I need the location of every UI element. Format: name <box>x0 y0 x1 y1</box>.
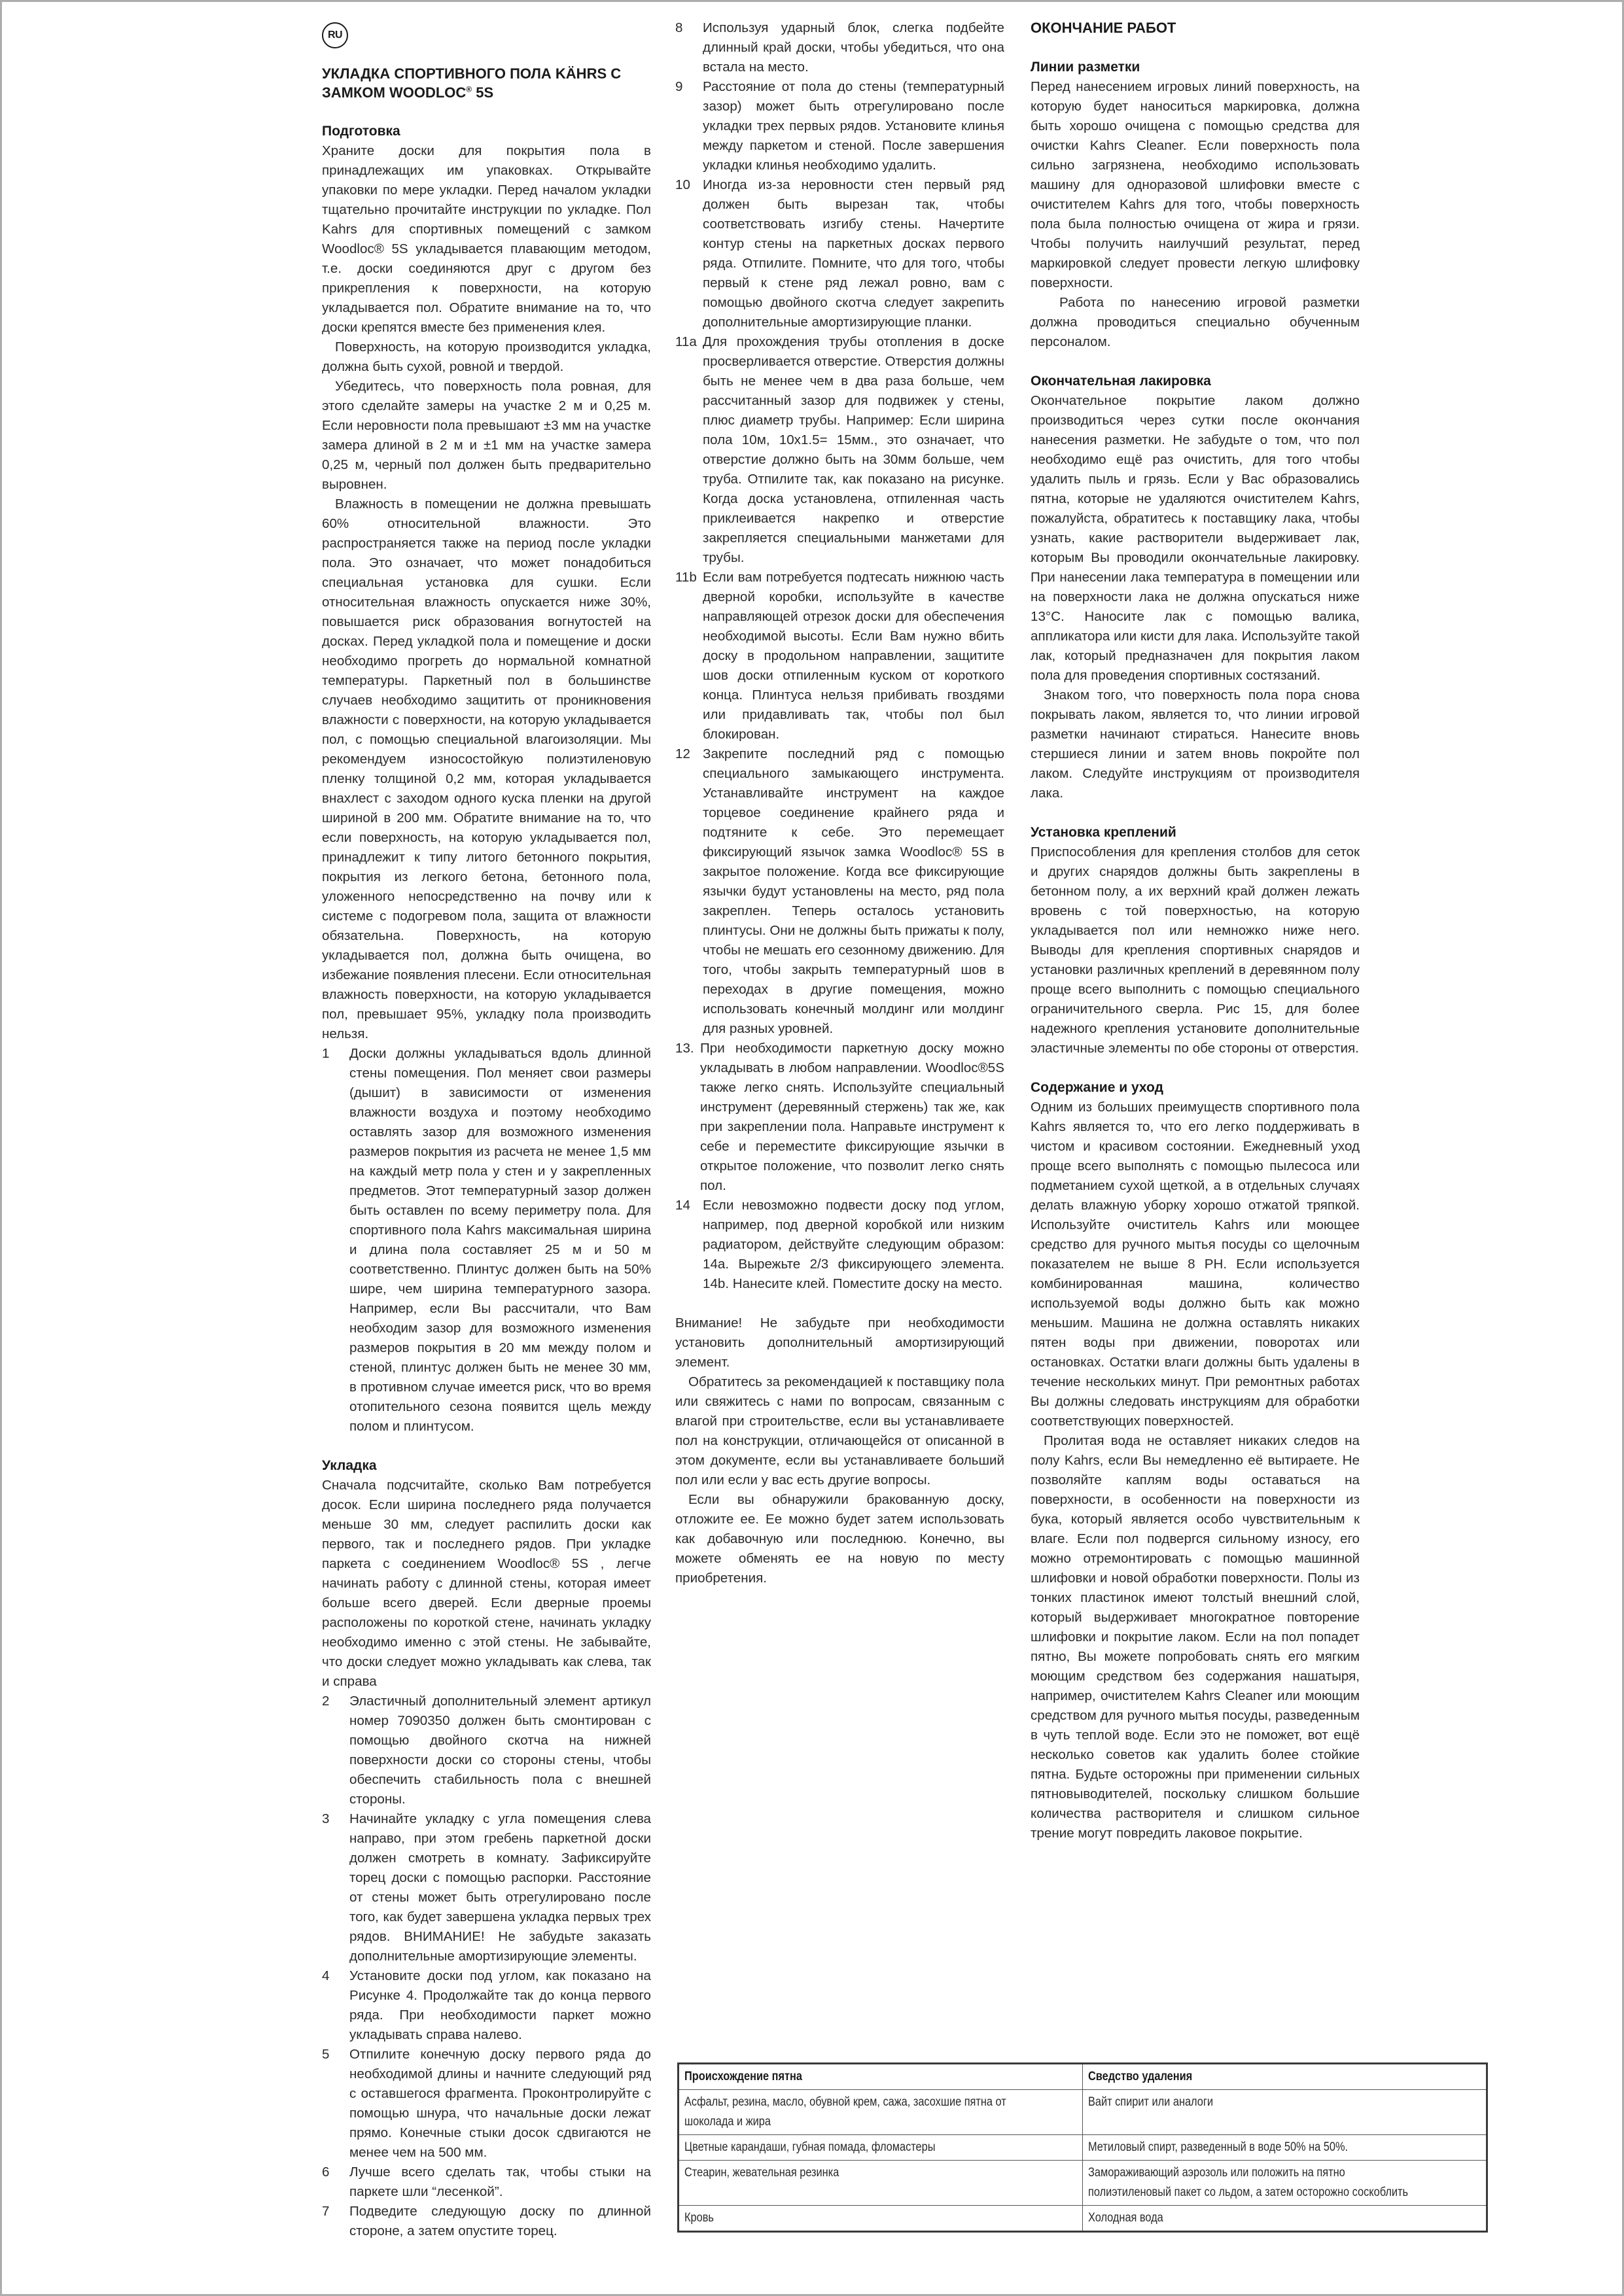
paragraph: Обратитесь за рекомендацией к поставщику… <box>675 1372 1004 1490</box>
section-heading-installation: Укладка <box>322 1456 651 1476</box>
document-title: УКЛАДКА СПОРТИВНОГО ПОЛА KÄHRS С ЗАМКОМ … <box>322 64 651 102</box>
table-cell: Кровь <box>679 2206 1083 2232</box>
paragraph: Сначала подсчитайте, сколько Вам потребу… <box>322 1476 651 1692</box>
list-number: 8 <box>675 18 703 77</box>
table-cell: Вайт спирит или аналоги <box>1083 2090 1487 2135</box>
list-number: 9 <box>675 77 703 175</box>
paragraph: Приспособления для крепления столбов для… <box>1031 843 1360 1058</box>
middle-column: 8 Используя ударный блок, слегка подбейт… <box>675 18 1004 1588</box>
list-text: Отпилите конечную доску первого ряда до … <box>349 2045 651 2163</box>
paragraph: Убедитесь, что поверхность пола ровная, … <box>322 377 651 495</box>
list-number: 2 <box>322 1692 349 1809</box>
list-item: 1 Доски должны укладываться вдоль длинно… <box>322 1044 651 1436</box>
list-text: Иногда из-за неровности стен первый ряд … <box>703 175 1004 332</box>
paragraph: Влажность в помещении не должна превышат… <box>322 495 651 1044</box>
warning-paragraph: Внимание! Не забудьте при необходимости … <box>675 1313 1004 1372</box>
table-row: Кровь Холодная вода <box>679 2206 1487 2232</box>
list-item: 13. При необходимости паркетную доску мо… <box>675 1039 1004 1196</box>
paragraph: Храните доски для покрытия пола в принад… <box>322 141 651 338</box>
list-item: 10 Иногда из-за неровности стен первый р… <box>675 175 1004 332</box>
section-heading-fixtures: Установка креплений <box>1031 823 1360 843</box>
list-number: 3 <box>322 1809 349 1966</box>
list-text: Расстояние от пола до стены (температурн… <box>703 77 1004 175</box>
paragraph: Одним из больших преимуществ спортивного… <box>1031 1098 1360 1431</box>
list-item: 3 Начинайте укладку с угла помещения сле… <box>322 1809 651 1966</box>
left-column: RU УКЛАДКА СПОРТИВНОГО ПОЛА KÄHRS С ЗАМК… <box>322 18 651 2241</box>
list-number: 5 <box>322 2045 349 2163</box>
paragraph: Если вы обнаружили бракованную доску, от… <box>675 1490 1004 1588</box>
list-item: 7 Подведите следующую доску по длинной с… <box>322 2202 651 2241</box>
table-cell: Цветные карандаши, губная помада, фломас… <box>679 2135 1083 2161</box>
table-row: Стеарин, жевательная резинка Замораживаю… <box>679 2161 1487 2206</box>
table-cell: Замораживающий аэрозоль или положить на … <box>1083 2161 1487 2206</box>
list-item: 12 Закрепите последний ряд с помощью спе… <box>675 744 1004 1039</box>
table-cell: Холодная вода <box>1083 2206 1487 2232</box>
column-header-removal-agent: Сведство удаления <box>1083 2064 1487 2090</box>
right-column: ОКОНЧАНИЕ РАБОТ Линии разметки Перед нан… <box>1031 18 1360 1843</box>
list-number: 12 <box>675 744 703 1039</box>
section-heading-lacquer: Окончательная лакировка <box>1031 372 1360 391</box>
list-text: Начинайте укладку с угла помещения слева… <box>349 1809 651 1966</box>
list-text: При необходимости паркетную доску можно … <box>700 1039 1004 1196</box>
list-text: Эластичный дополнительный элемент артику… <box>349 1692 651 1809</box>
list-number: 11a <box>675 332 703 568</box>
list-number: 13. <box>675 1039 700 1196</box>
list-text: Установите доски под углом, как показано… <box>349 1966 651 2045</box>
language-badge-icon: RU <box>322 22 348 48</box>
list-number: 11b <box>675 568 703 744</box>
section-heading-finish: ОКОНЧАНИЕ РАБОТ <box>1031 18 1360 38</box>
list-number: 6 <box>322 2163 349 2202</box>
list-item: 5 Отпилите конечную доску первого ряда д… <box>322 2045 651 2163</box>
list-item: 8 Используя ударный блок, слегка подбейт… <box>675 18 1004 77</box>
list-text: Подведите следующую доску по длинной сто… <box>349 2202 651 2241</box>
list-text: Для прохождения трубы отопления в доске … <box>703 332 1004 568</box>
list-item: 11b Если вам потребуется подтесать нижню… <box>675 568 1004 744</box>
paragraph: Знаком того, что поверхность пола пора с… <box>1031 686 1360 803</box>
list-item: 14 Если невозможно подвести доску под уг… <box>675 1196 1004 1294</box>
list-item: 11a Для прохождения трубы отопления в до… <box>675 332 1004 568</box>
list-text: Лучше всего сделать так, чтобы стыки на … <box>349 2163 651 2202</box>
paragraph: Окончательное покрытие лаком должно прои… <box>1031 391 1360 686</box>
table-row: Асфальт, резина, масло, обувной крем, са… <box>679 2090 1487 2135</box>
paragraph: Пролитая вода не оставляет никаких следо… <box>1031 1431 1360 1843</box>
column-header-stain-origin: Происхождение пятна <box>679 2064 1083 2090</box>
list-number: 14 <box>675 1196 703 1294</box>
section-heading-preparation: Подготовка <box>322 122 651 141</box>
table-cell: Стеарин, жевательная резинка <box>679 2161 1083 2206</box>
table-cell: Асфальт, резина, масло, обувной крем, са… <box>679 2090 1083 2135</box>
table-row: Цветные карандаши, губная помада, фломас… <box>679 2135 1487 2161</box>
list-text: Доски должны укладываться вдоль длинной … <box>349 1044 651 1436</box>
list-number: 4 <box>322 1966 349 2045</box>
list-number: 10 <box>675 175 703 332</box>
list-text: Если вам потребуется подтесать нижнюю ча… <box>703 568 1004 744</box>
paragraph: Поверхность, на которую производится укл… <box>322 338 651 377</box>
list-text: Закрепите последний ряд с помощью специа… <box>703 744 1004 1039</box>
list-item: 9 Расстояние от пола до стены (температу… <box>675 77 1004 175</box>
section-heading-care: Содержание и уход <box>1031 1078 1360 1098</box>
list-item: 6 Лучше всего сделать так, чтобы стыки н… <box>322 2163 651 2202</box>
list-text: Используя ударный блок, слегка подбейте … <box>703 18 1004 77</box>
list-text: Если невозможно подвести доску под углом… <box>703 1196 1004 1294</box>
table-header-row: Происхождение пятна Сведство удаления <box>679 2064 1487 2090</box>
list-number: 1 <box>322 1044 349 1436</box>
stain-removal-table: Происхождение пятна Сведство удаления Ас… <box>677 2062 1488 2233</box>
paragraph: Работа по нанесению игровой разметки дол… <box>1031 293 1360 352</box>
section-heading-lines: Линии разметки <box>1031 58 1360 77</box>
list-number: 7 <box>322 2202 349 2241</box>
table-cell: Метиловый спирт, разведенный в воде 50% … <box>1083 2135 1487 2161</box>
list-item: 4 Установите доски под углом, как показа… <box>322 1966 651 2045</box>
list-item: 2 Эластичный дополнительный элемент арти… <box>322 1692 651 1809</box>
paragraph: Перед нанесением игровых линий поверхнос… <box>1031 77 1360 293</box>
